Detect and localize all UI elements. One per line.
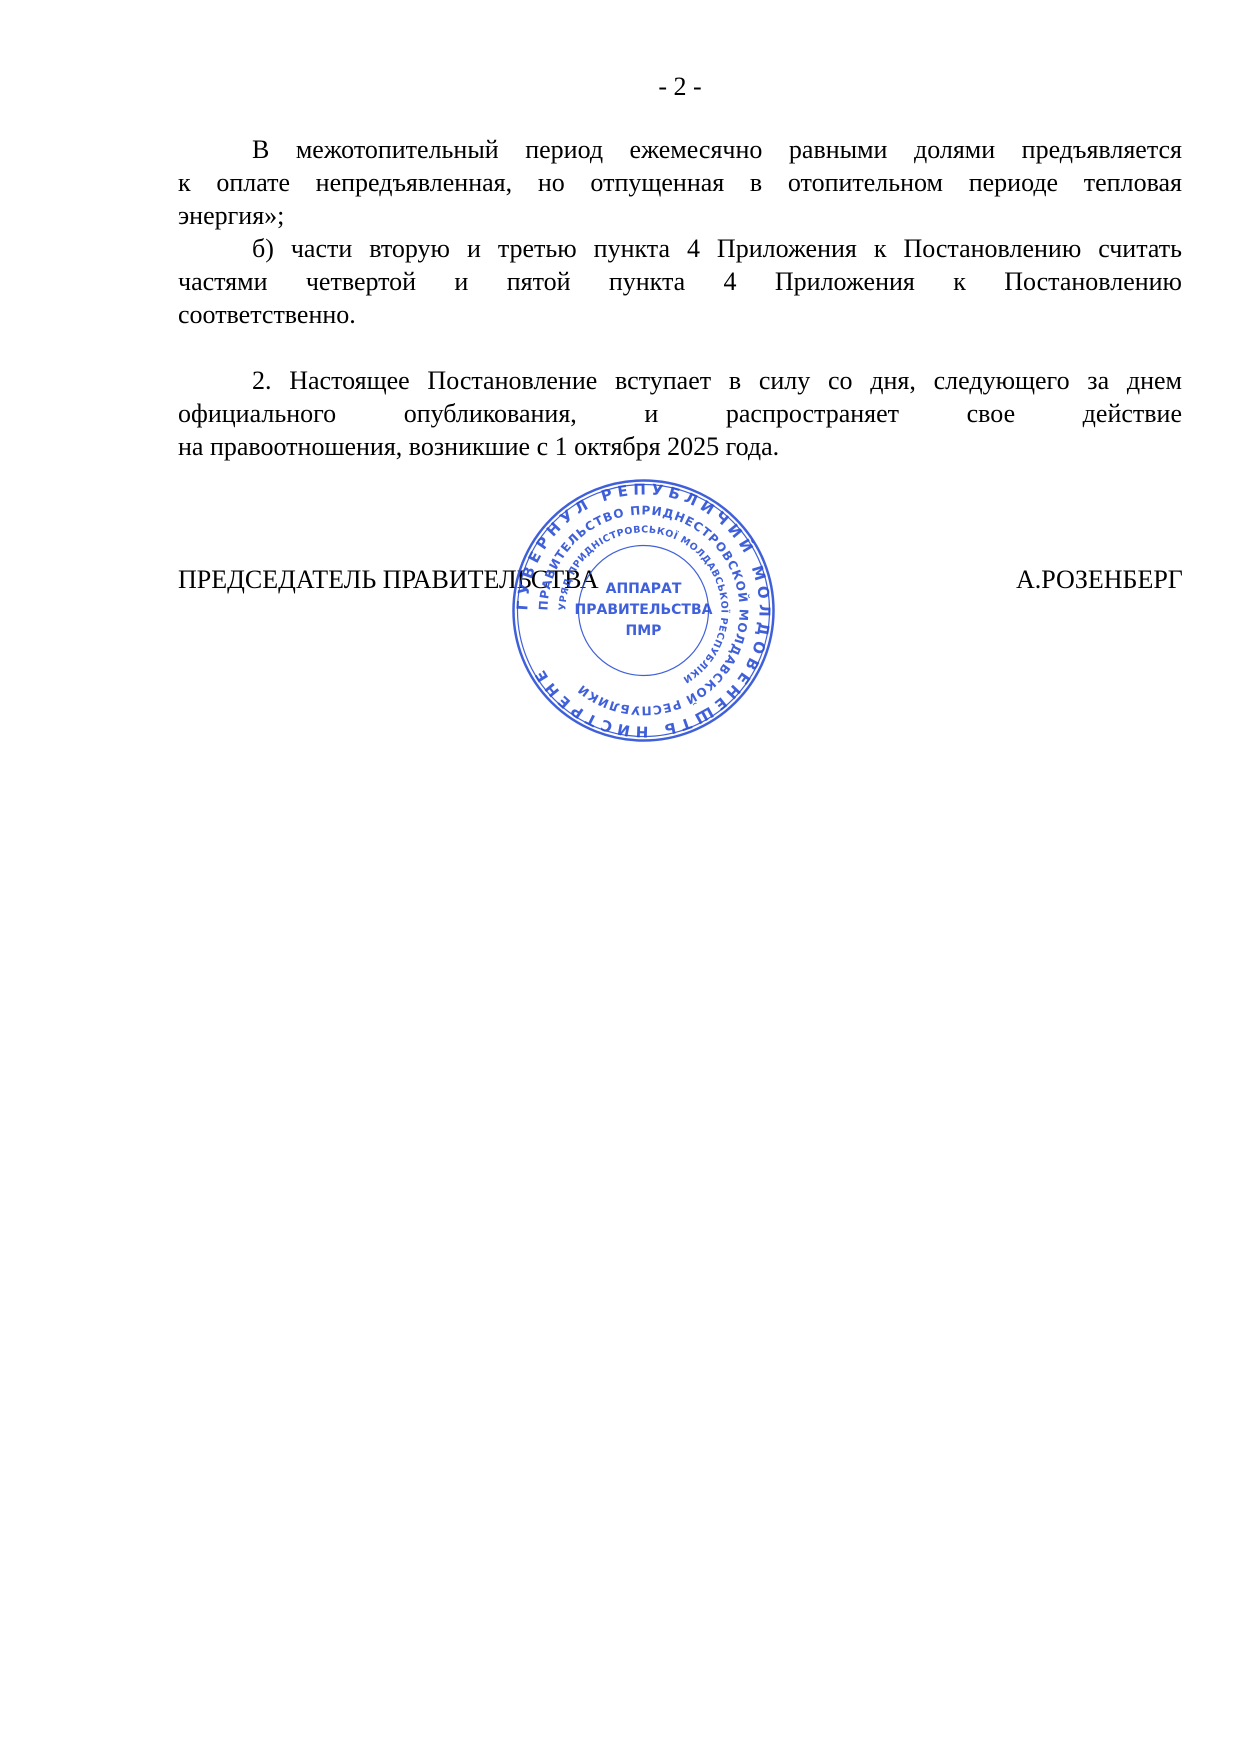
paragraph-heating-period: В межотопительный период ежемесячно равн… — [178, 133, 1182, 232]
text-line: б) части вторую и третью пункта 4 Прилож… — [178, 232, 1182, 265]
signature-name: А.РОЗЕНБЕРГ — [1016, 565, 1183, 595]
paragraph-2: 2. Настоящее Постановление вступает в си… — [178, 364, 1182, 463]
text-line: на правоотношения, возникшие с 1 октября… — [178, 430, 1182, 463]
text-line: соответственно. — [178, 298, 1182, 331]
stamp-center-line-2: ПРАВИТЕЛЬСТВА — [575, 602, 713, 618]
paragraph-b: б) части вторую и третью пункта 4 Прилож… — [178, 232, 1182, 331]
stamp-center-line-1: АППАРАТ — [606, 581, 682, 597]
text-line: официального опубликования, и распростра… — [178, 397, 1182, 430]
text-line: к оплате непредъявленная, но отпущенная … — [178, 166, 1182, 199]
official-stamp: ГУВЕРНУЛ РЕПУБЛИЧИЙ МОЛДОВЕНЕШТЬ НИСТРЕН… — [511, 478, 776, 743]
stamp-center-line-3: ПМР — [626, 623, 662, 639]
text-line: энергия»; — [178, 199, 1182, 232]
text-line: 2. Настоящее Постановление вступает в си… — [178, 364, 1182, 397]
text-line: В межотопительный период ежемесячно равн… — [178, 133, 1182, 166]
page-number: - 2 - — [0, 72, 1241, 102]
text-line: частями четвертой и пятой пункта 4 Прило… — [178, 265, 1182, 298]
